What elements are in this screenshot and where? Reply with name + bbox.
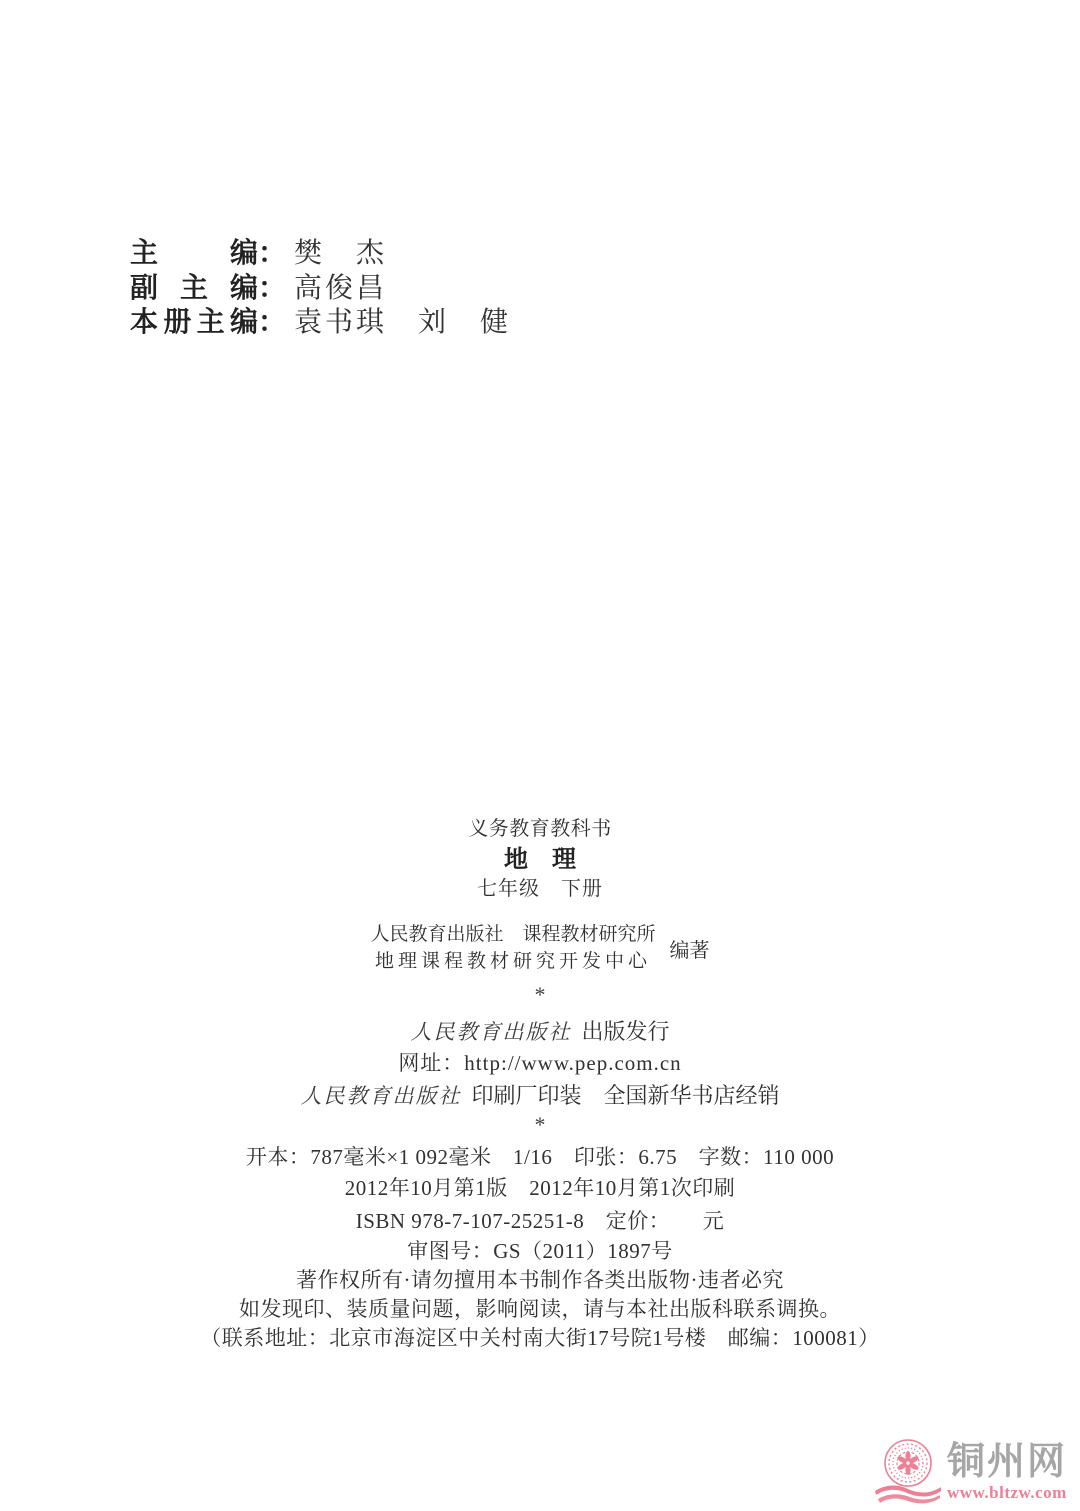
editor-row-volume: 本册主编：袁书琪 刘 健 bbox=[130, 305, 511, 340]
format-line: 开本：787毫米×1 092毫米 1/16 印张：6.75 字数：110 000 bbox=[0, 1145, 1080, 1169]
website-line: 网址：http://www.pep.com.cn bbox=[0, 1051, 1080, 1075]
series-name: 义务教育教科书 bbox=[0, 818, 1080, 841]
editor-colon: ： bbox=[258, 237, 286, 268]
editor-row-chief: 主编：樊 杰 bbox=[130, 236, 511, 271]
publisher-line: 人民教育出版社出版发行 bbox=[0, 1019, 1080, 1044]
edition-line: 2012年10月第1版 2012年10月第1次印刷 bbox=[0, 1176, 1080, 1200]
separator-star: * bbox=[0, 1112, 1080, 1137]
isbn-line: ISBN 978-7-107-25251-8 定价： 元 bbox=[0, 1209, 1080, 1233]
separator-star: * bbox=[0, 982, 1080, 1007]
editor-names: 袁书琪 刘 健 bbox=[294, 307, 511, 338]
copyright-line: 著作权所有·请勿擅用本书制作各类出版物·违者必究 bbox=[0, 1268, 1080, 1292]
watermark-text: 铜州网 www.bltzw.com bbox=[947, 1442, 1067, 1502]
printer-line: 人民教育出版社印刷厂印装 全国新华书店经销 bbox=[0, 1083, 1080, 1108]
author-line-1: 人民教育出版社 课程教材研究所 bbox=[370, 921, 655, 948]
quality-notice-line: 如发现印、装质量问题，影响阅读，请与本社出版科联系调换。 bbox=[0, 1297, 1080, 1321]
authors-suffix: 编著 bbox=[670, 934, 710, 963]
tongzhou-logo-emblem bbox=[874, 1434, 942, 1506]
print-suffix: 印刷厂印装 全国新华书店经销 bbox=[471, 1083, 779, 1108]
tongzhou-watermark: 铜州网 www.bltzw.com bbox=[874, 1434, 1067, 1506]
publisher-script-logo: 人民教育出版社 bbox=[410, 1020, 571, 1044]
editor-role-label: 副主编 bbox=[130, 271, 258, 305]
editors-block: 主编：樊 杰 副主编：高俊昌 本册主编：袁书琪 刘 健 bbox=[130, 236, 511, 340]
book-colophon-page: 主编：樊 杰 副主编：高俊昌 本册主编：袁书琪 刘 健 义务教育教科书 地 理 … bbox=[0, 0, 1080, 1511]
editor-colon: ： bbox=[258, 272, 286, 303]
editor-names: 樊 杰 bbox=[294, 238, 387, 269]
authors-block: 人民教育出版社 课程教材研究所 地理课程教材研究开发中心 编著 bbox=[0, 921, 1080, 975]
book-title: 地 理 bbox=[0, 847, 1080, 875]
author-lines: 人民教育出版社 课程教材研究所 地理课程教材研究开发中心 bbox=[370, 921, 655, 975]
grade-volume: 七年级 下册 bbox=[0, 878, 1080, 901]
publish-suffix: 出版发行 bbox=[581, 1019, 669, 1044]
map-approval-line: 审图号：GS（2011）1897号 bbox=[0, 1239, 1080, 1263]
publisher-script-logo: 人民教育出版社 bbox=[300, 1084, 461, 1108]
author-line-2: 地理课程教材研究开发中心 bbox=[370, 948, 655, 975]
contact-address-line: （联系地址：北京市海淀区中关村南大街17号院1号楼 邮编：100081） bbox=[0, 1326, 1080, 1350]
editor-names: 高俊昌 bbox=[294, 273, 387, 304]
editor-role-label: 本册主编 bbox=[130, 305, 258, 339]
editor-colon: ： bbox=[258, 306, 286, 337]
editor-role-label: 主编 bbox=[130, 236, 258, 270]
waves-icon bbox=[875, 1485, 941, 1503]
watermark-site-url: www.bltzw.com bbox=[947, 1484, 1067, 1502]
flower-icon bbox=[896, 1451, 919, 1475]
watermark-site-name: 铜州网 bbox=[947, 1442, 1067, 1482]
editor-row-deputy: 副主编：高俊昌 bbox=[130, 271, 511, 306]
